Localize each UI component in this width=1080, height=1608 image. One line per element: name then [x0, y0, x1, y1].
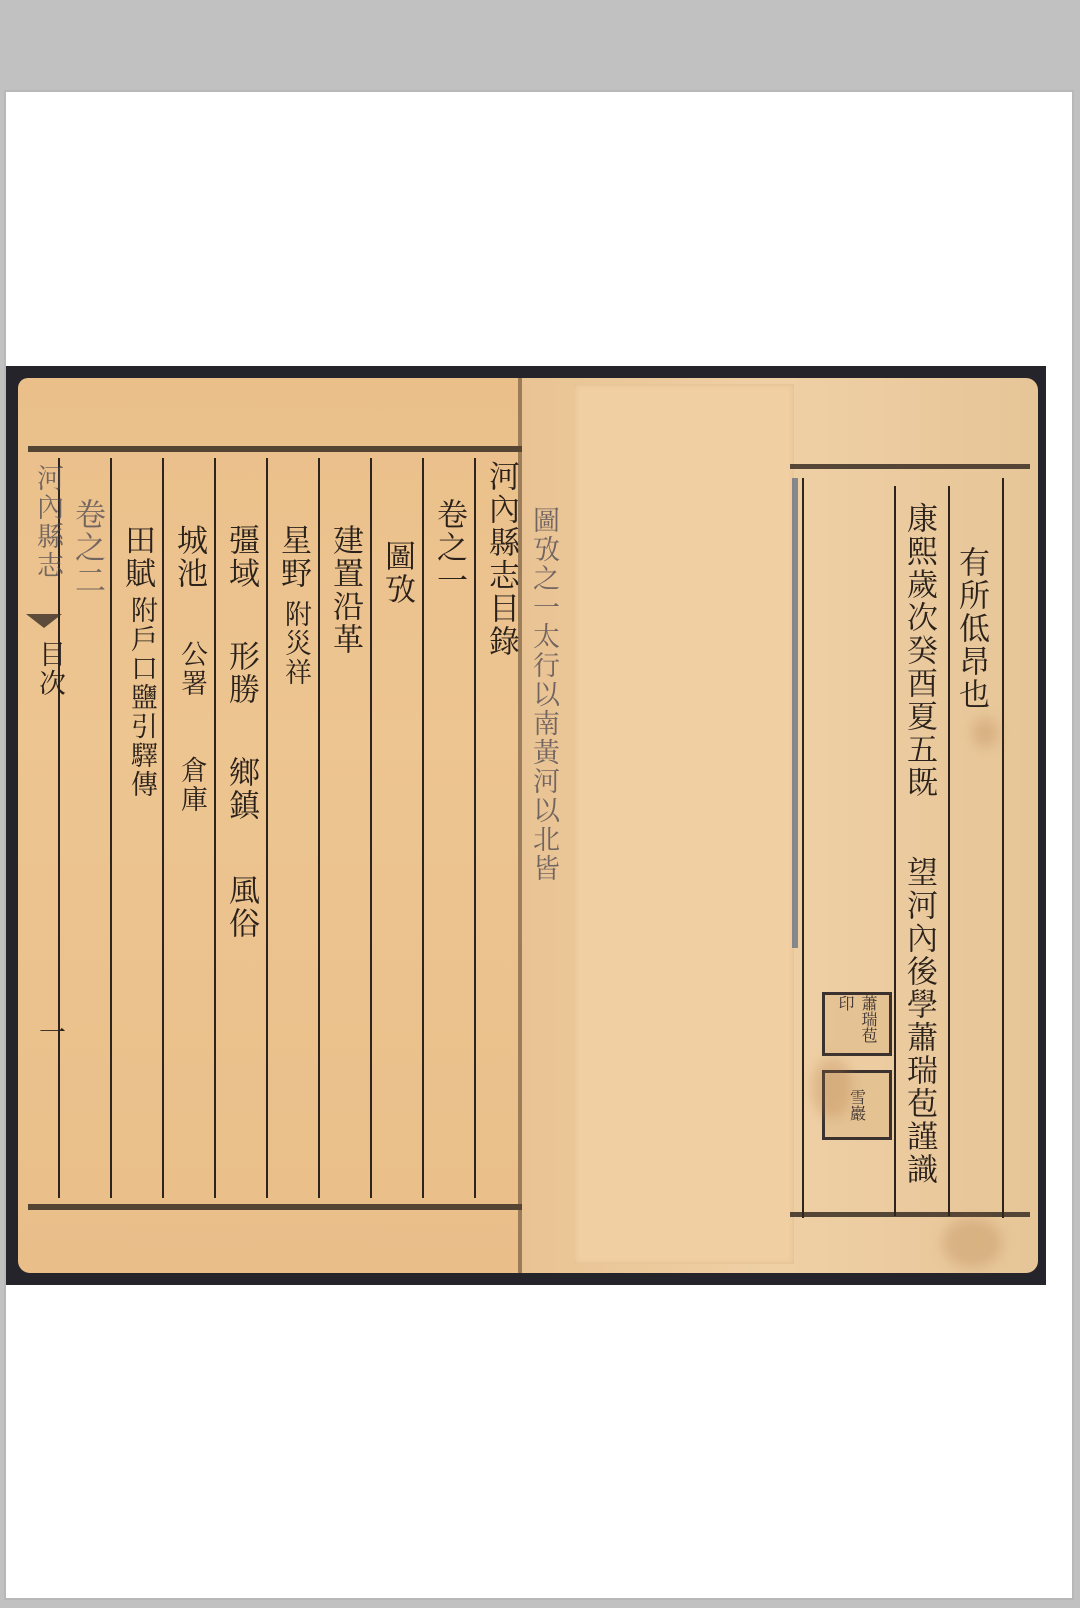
top-border-line: [28, 446, 524, 452]
toc-entry-fengsu: 風俗: [224, 874, 258, 940]
toc-entry-xingsheng: 形勝: [224, 640, 258, 706]
seal-upper: 蕭瑞苞印: [822, 992, 892, 1056]
pasted-blank-sheet: [574, 384, 794, 1264]
column-rule: [422, 458, 424, 1198]
top-border-line: [790, 464, 1030, 469]
column-rule: [214, 458, 216, 1198]
toc-entry-xiangzhen: 鄉鎮: [224, 756, 258, 822]
preface-closing-line: 有所低昂也: [954, 546, 988, 711]
toc-entry-cangku: 倉庫: [174, 756, 208, 814]
bottom-border-line: [28, 1204, 524, 1210]
block-heart-title: 河內縣志: [30, 464, 64, 580]
colophon-frame-left: [894, 486, 896, 1216]
right-page: 圖攷之一太行以南黃河以北皆 有所低昂也 康熙歲次癸酉夏五既 望河內後學蕭瑞苞謹識…: [522, 378, 1038, 1273]
toc-entry-jiangyu: 彊域: [224, 524, 258, 590]
column-rule: [1002, 478, 1004, 1218]
block-heart-page-number: 一: [32, 1018, 66, 1047]
toc-entry-xingye-note: 附災祥: [278, 600, 312, 687]
column-rule: [802, 478, 804, 1218]
column-rule: [266, 458, 268, 1198]
left-page: 河內縣志 目次 一 河內縣志目錄 卷之一 圖攷 建置沿革 星野 附災祥 彊域 形…: [18, 378, 526, 1273]
volume-1-label: 卷之一: [432, 498, 466, 597]
toc-entry-tianfu: 田賦: [120, 524, 154, 590]
column-rule: [474, 458, 476, 1198]
block-heart-section: 目次: [32, 640, 66, 698]
fish-tail-mark: [26, 614, 62, 628]
colophon-part-2: 望河內後學蕭瑞苞謹識: [902, 856, 936, 1186]
viewer-top-bar: [0, 0, 1080, 90]
column-rule: [110, 458, 112, 1198]
colophon-part-1: 康熙歲次癸酉夏五既: [902, 502, 936, 799]
water-stain: [942, 1218, 1002, 1268]
toc-entry-gongshu: 公署: [174, 640, 208, 698]
column-rule: [162, 458, 164, 1198]
bleed-through-text: 圖攷之一太行以南黃河以北皆: [526, 506, 560, 883]
toc-entry-tukao: 圖攷: [380, 540, 414, 606]
column-rule: [370, 458, 372, 1198]
toc-entry-jianzhi-yange: 建置沿革: [328, 524, 362, 656]
toc-entry-tianfu-note: 附戶口鹽引驛傳: [124, 596, 158, 799]
bottom-border-line: [790, 1212, 1030, 1217]
toc-entry-xingye: 星野: [276, 524, 310, 590]
column-rule: [318, 458, 320, 1198]
toc-entry-chengchi: 城池: [172, 524, 206, 590]
water-stain: [812, 1058, 852, 1118]
colophon-frame-right: [948, 486, 950, 1216]
water-stain: [972, 718, 998, 748]
toc-title: 河內縣志目錄: [484, 460, 518, 658]
faded-rule: [792, 478, 798, 948]
volume-2-label: 卷之二: [70, 498, 104, 597]
book-scan: 河內縣志 目次 一 河內縣志目錄 卷之一 圖攷 建置沿革 星野 附災祥 彊域 形…: [6, 366, 1046, 1285]
